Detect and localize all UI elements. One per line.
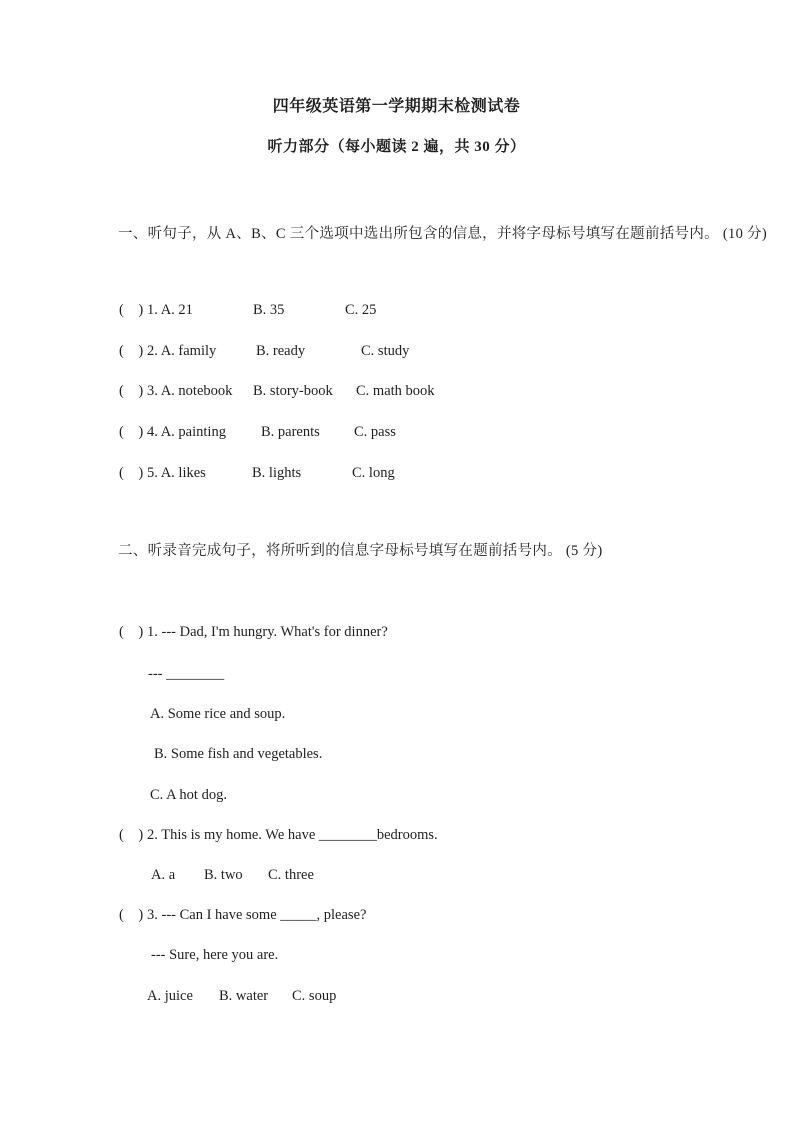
option-b: B. 35 (253, 302, 284, 319)
question-stem: 1. --- Dad, I'm hungry. What's for dinne… (147, 624, 388, 641)
option-c: C. study (361, 343, 409, 360)
option-a: A. a (151, 867, 175, 884)
option-a: A. Some rice and soup. (150, 706, 285, 723)
option-a: 5. A. likes (147, 465, 206, 482)
option-c: C. 25 (345, 302, 376, 319)
listening-section-subtitle: 听力部分（每小题读 2 遍，共 30 分） (0, 135, 793, 156)
option-b: B. parents (261, 424, 320, 441)
question-stem: 3. --- Can I have some _____, please? (147, 907, 366, 924)
option-a: 3. A. notebook (147, 383, 232, 400)
option-b: B. ready (256, 343, 305, 360)
option-c: C. three (268, 867, 314, 884)
option-a: 2. A. family (147, 343, 216, 360)
option-b: B. water (219, 988, 268, 1005)
option-a: A. juice (147, 988, 193, 1005)
exam-page: 四年级英语第一学期期末检测试卷 听力部分（每小题读 2 遍，共 30 分） 一、… (0, 0, 793, 1122)
option-c: C. math book (356, 383, 435, 400)
option-b: B. story-book (253, 383, 333, 400)
answer-blank-line: --- ________ (148, 666, 224, 683)
answer-bracket: ( ) (119, 302, 143, 319)
option-b: B. lights (252, 465, 301, 482)
option-a: 1. A. 21 (147, 302, 193, 319)
question-reply: --- Sure, here you are. (151, 947, 278, 964)
option-a: 4. A. painting (147, 424, 226, 441)
answer-bracket: ( ) (119, 383, 143, 400)
option-c: C. long (352, 465, 395, 482)
page-title: 四年级英语第一学期期末检测试卷 (0, 93, 793, 116)
answer-bracket: ( ) (119, 465, 143, 482)
option-c: C. A hot dog. (150, 787, 227, 804)
option-c: C. soup (292, 988, 336, 1005)
option-c: C. pass (354, 424, 396, 441)
section2-heading: 二、听录音完成句子，将所听到的信息字母标号填写在题前括号内。 (5 分) (118, 539, 602, 560)
answer-bracket: ( ) (119, 907, 143, 924)
answer-bracket: ( ) (119, 343, 143, 360)
section1-heading: 一、听句子，从 A、B、C 三个选项中选出所包含的信息，并将字母标号填写在题前括… (118, 222, 767, 243)
option-b: B. two (204, 867, 243, 884)
answer-bracket: ( ) (119, 624, 143, 641)
answer-bracket: ( ) (119, 424, 143, 441)
option-b: B. Some fish and vegetables. (154, 746, 322, 763)
answer-bracket: ( ) (119, 827, 143, 844)
question-stem: 2. This is my home. We have ________bedr… (147, 827, 438, 844)
